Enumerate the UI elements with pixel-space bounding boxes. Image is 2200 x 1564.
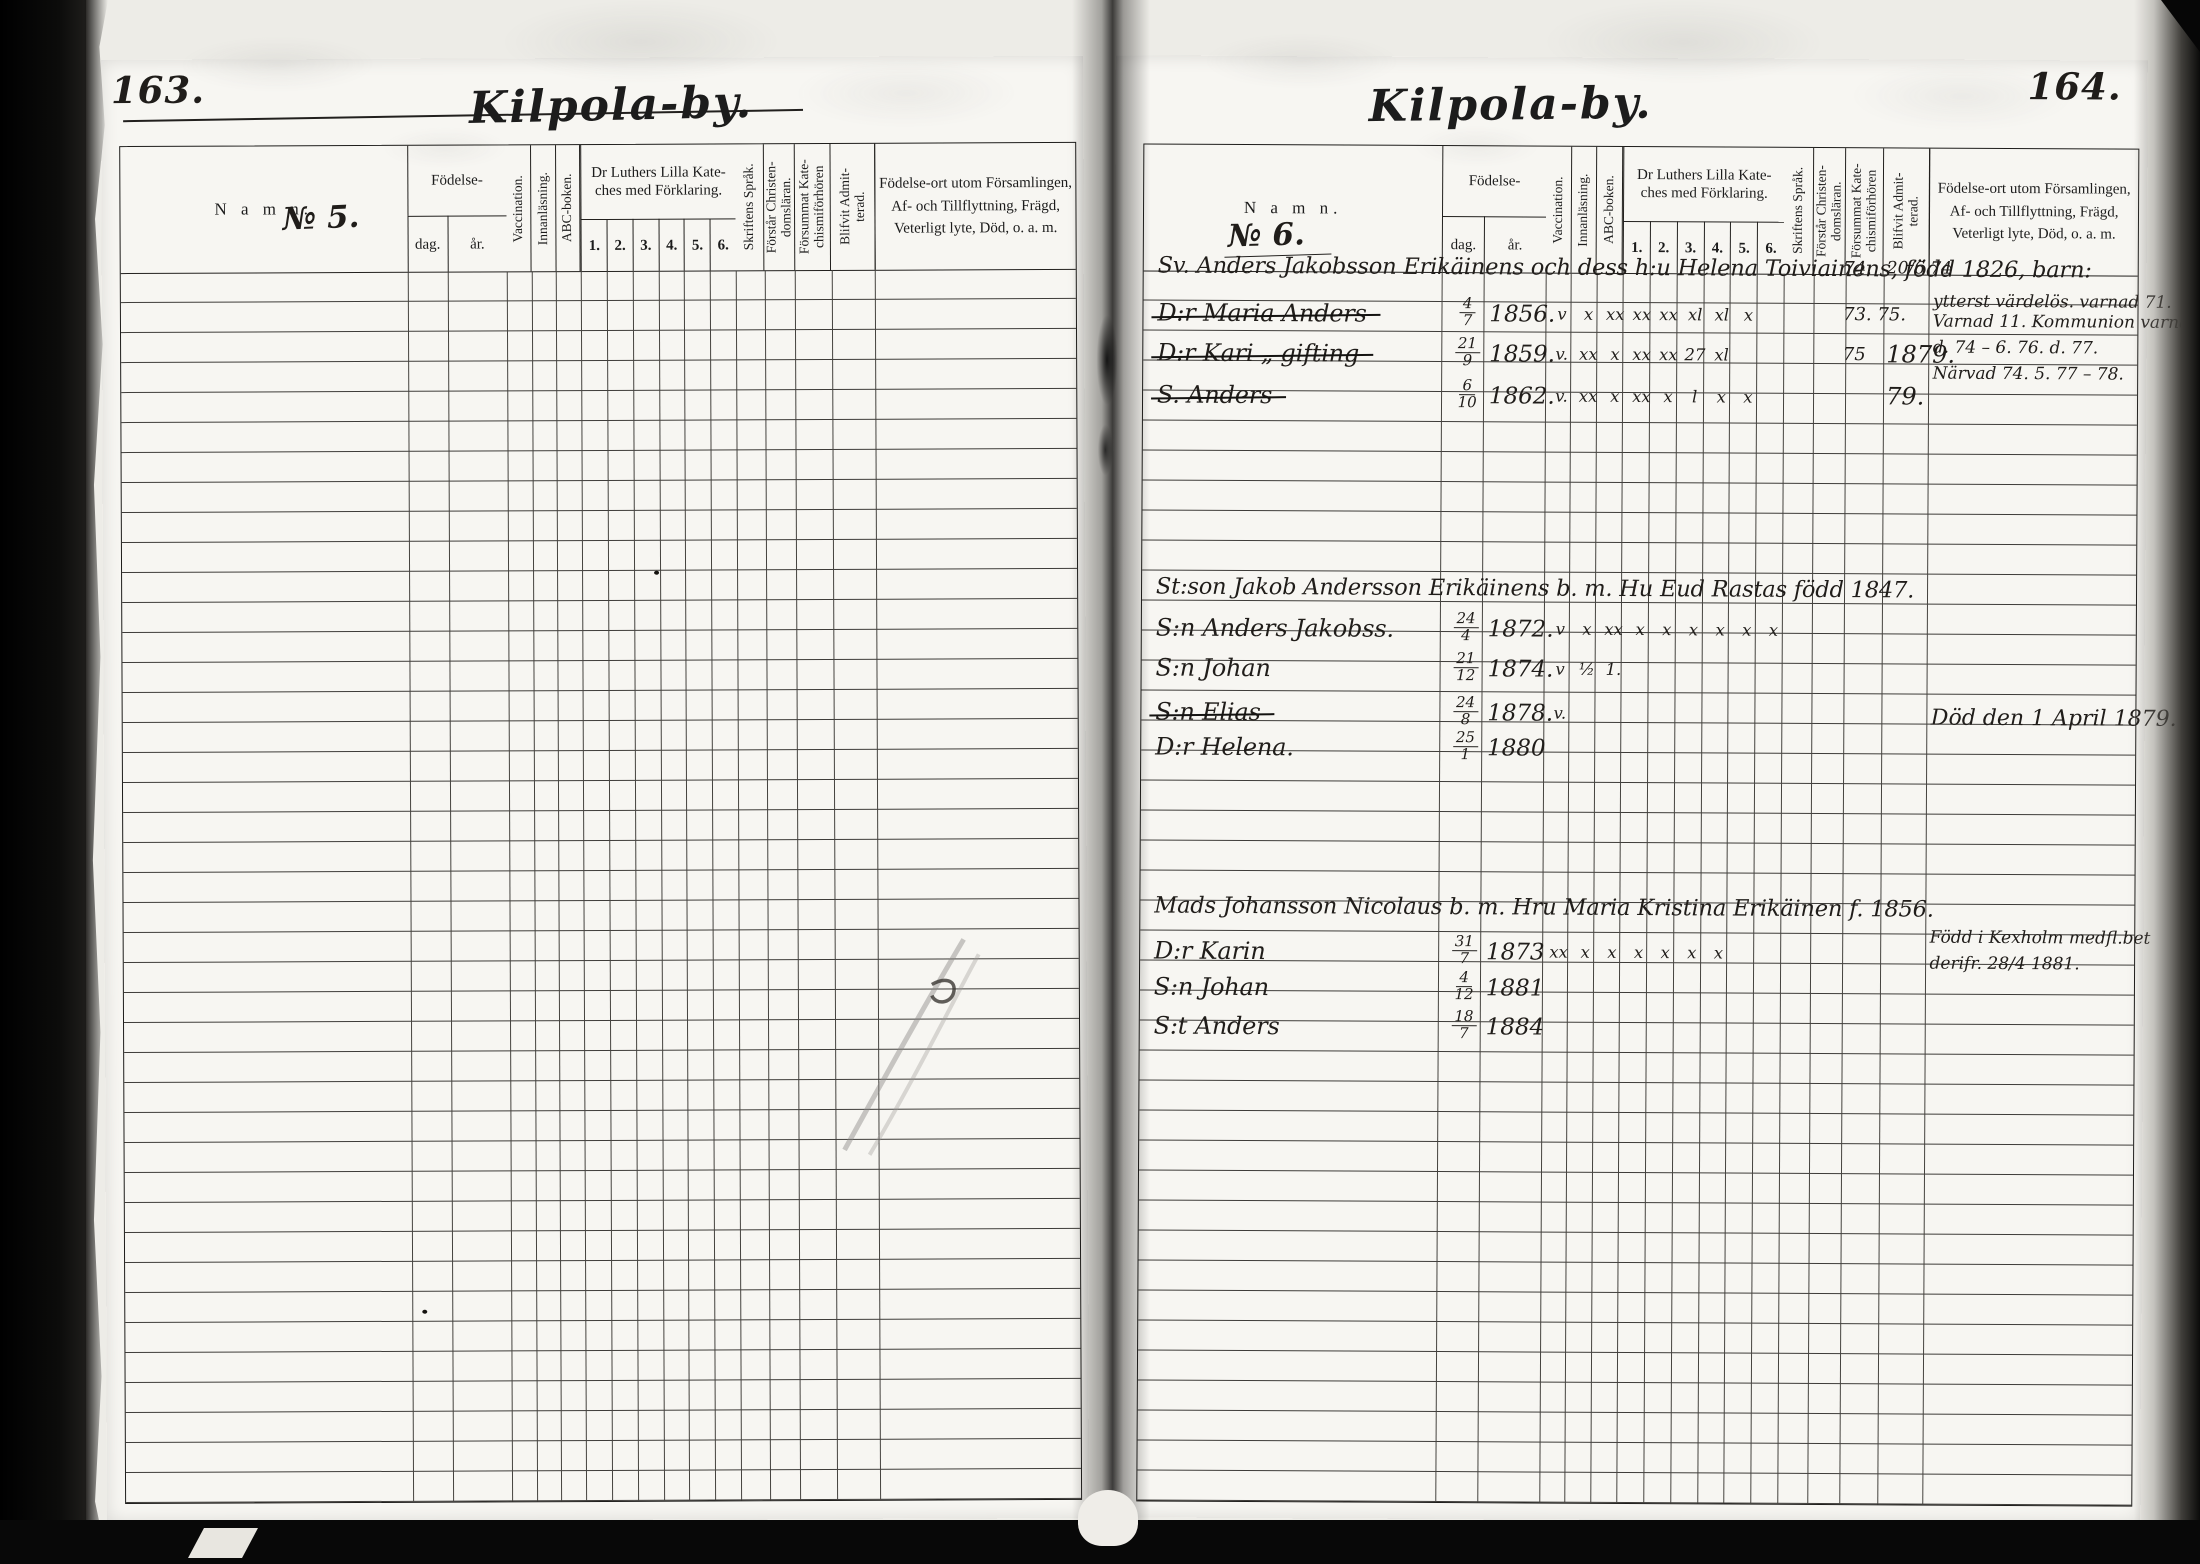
ruled-row — [1137, 1470, 2131, 1505]
column-header-namn: N a m n. — [120, 146, 407, 273]
kateches-num: 2. — [614, 236, 625, 254]
vaccination-label: Vaccination. — [1550, 176, 1565, 243]
ruled-row — [123, 809, 1078, 843]
mark: x — [1707, 620, 1734, 639]
ruled-row — [125, 1229, 1080, 1263]
entry-forsummat-value: 75 — [1843, 344, 1866, 365]
fodelse-label: Födelse- — [431, 171, 483, 189]
ruled-row — [121, 389, 1076, 423]
mark: 1. — [1600, 660, 1627, 679]
entry-name: St:son Jakob Andersson Erikäinens b. m. … — [1156, 574, 1914, 604]
mark: v. — [1548, 387, 1575, 406]
entry-birth-year: 1872. — [1488, 616, 1554, 642]
ink-dot — [422, 1310, 427, 1314]
ruled-row — [123, 899, 1078, 933]
kateches-num: 3. — [640, 236, 651, 254]
ruled-row — [121, 299, 1076, 333]
record-entry: Sv. Anders Jakobsson Erikäinens och dess… — [1150, 252, 2138, 291]
ruled-row — [126, 1409, 1081, 1443]
kateches-subcolumn-6: 6. — [710, 218, 736, 270]
forsummat-label: Försummat Kate- chismiförhören — [1849, 164, 1879, 259]
column-header-ar: år. — [447, 215, 506, 271]
household-number: № 5. — [282, 199, 360, 238]
blifvit-label: Blifvit Admit- terad. — [1891, 173, 1921, 250]
entry-birth-day-fraction: 219 — [1448, 336, 1488, 369]
record-entry: D:r Helena.2511880 — [1147, 732, 2135, 771]
ruled-row — [123, 719, 1078, 753]
record-entry: D:r Kari „ gifting2191859.v.xxxxxxx27xl7… — [1149, 338, 2137, 377]
mark: l — [1681, 387, 1708, 406]
kateches-num: 4. — [666, 236, 677, 254]
innanlasning-label: Innanläsning. — [535, 172, 550, 245]
mark: xl — [1682, 305, 1709, 324]
ruled-row — [122, 599, 1077, 633]
entry-examination-marks: v.xxxxxxx27xl — [1548, 345, 1788, 365]
birth-month: 8 — [1461, 712, 1471, 728]
record-entry: Mads Johansson Nicolaus b. m. Hru Maria … — [1146, 892, 2134, 931]
page-number: 164. — [2027, 64, 2121, 108]
entry-birth-year: 1880 — [1487, 735, 1546, 761]
mark: x — [1678, 943, 1705, 962]
kateches-subcolumn-5: 5. — [684, 218, 710, 270]
birth-month: 7 — [1463, 313, 1473, 329]
page-title-village: Kilpola-by. — [1275, 77, 1746, 134]
birth-month: 12 — [1454, 987, 1473, 1003]
entry-birth-day-fraction: 251 — [1446, 730, 1486, 763]
birth-month: 7 — [1459, 1026, 1469, 1042]
column-header-innanlasning: Innanläsning. — [531, 145, 556, 271]
mark: v — [1547, 660, 1574, 679]
mark: xx — [1575, 345, 1602, 364]
mark: x — [1733, 621, 1760, 640]
kateches-subcolumn-1: 1. — [581, 219, 607, 271]
edge-right — [2134, 0, 2200, 1564]
ruled-row — [125, 1319, 1080, 1353]
ruled-row — [123, 839, 1078, 873]
vaccination-label: Vaccination. — [511, 175, 526, 242]
mark: x — [1735, 306, 1762, 325]
record-entry: D:r Maria Anders471856.vxxxxxxxxlxlx73. … — [1149, 298, 2137, 337]
ruled-row — [122, 479, 1077, 513]
entry-forsummat-value: 74. — [1843, 258, 1872, 279]
entry-birth-year: 1884 — [1486, 1014, 1545, 1040]
ruled-row — [121, 329, 1076, 363]
innanlasning-label: Innanläsning. — [1576, 173, 1591, 246]
kateches-label: Dr Luthers Lilla Kate- ches med Förklari… — [591, 163, 726, 200]
kateches-num: 3. — [1685, 239, 1696, 257]
entry-examination-marks: vxxxxxxxxx — [1547, 620, 1787, 640]
record-entry: S:n Elias2481878.v.Död den 1 April 1879. — [1147, 697, 2135, 736]
forstar-label: Förstår Christen- domsläran. — [1814, 165, 1844, 257]
mark: xx — [1575, 387, 1602, 406]
entry-admitterad-value: 79. — [1886, 382, 1924, 410]
birth-month: 7 — [1459, 951, 1469, 967]
mark: xx — [1602, 305, 1629, 324]
ruled-row — [122, 509, 1077, 543]
mark: x — [1601, 387, 1628, 406]
mark: xx — [1655, 305, 1682, 324]
entry-birth-day-fraction: 412 — [1444, 970, 1484, 1003]
ruled-row — [125, 1169, 1080, 1203]
mark: x — [1572, 943, 1599, 962]
mark: xx — [1655, 345, 1682, 364]
birth-month: 12 — [1456, 668, 1475, 684]
ruled-row — [123, 779, 1078, 813]
mark: v. — [1548, 345, 1575, 364]
mark: xx — [1628, 305, 1655, 324]
mark: xl — [1708, 305, 1735, 324]
record-entry: S. Anders6101862.v.xxxxxxlxx79. — [1149, 380, 2137, 419]
forsummat-label: Försummat Kate- chismiförhören — [797, 160, 827, 255]
birth-month: 1 — [1460, 747, 1470, 763]
entry-examination-marks: v. — [1546, 704, 1786, 724]
pencil-scribble — [814, 929, 995, 1160]
mark: x — [1602, 345, 1629, 364]
table-body: Sv. Anders Jakobsson Erikäinens och dess… — [1137, 270, 2137, 1505]
ledger-table: N a m n. № 6. Födelse- dag. år. Vaccinat… — [1136, 143, 2139, 1506]
ar-label: år. — [470, 235, 485, 253]
entry-name: D:r Maria Anders — [1157, 299, 1366, 328]
ruled-row — [125, 1289, 1080, 1323]
entry-birth-day-fraction: 47 — [1448, 296, 1488, 329]
entry-examination-marks: vxxxxxxxxlxlx — [1549, 305, 1789, 325]
entry-examination-marks: xxxxxxxx — [1545, 943, 1785, 963]
entry-examination-marks: v.xxxxxxlxx — [1548, 387, 1788, 407]
fodelseort-label: Födelse-ort utom Församlingen, Af- och T… — [1938, 178, 2131, 247]
ruled-row — [122, 659, 1077, 693]
birth-month: 10 — [1458, 395, 1477, 411]
church-record-book-scan: 163. Kilpola-by. N a m n. № 5. Födelse- … — [0, 0, 2200, 1564]
entry-birth-day-fraction: 317 — [1444, 934, 1484, 967]
entry-name: D:r Helena. — [1155, 733, 1294, 762]
birth-month: 4 — [1461, 628, 1471, 644]
mark: x — [1575, 305, 1602, 324]
household-number: № 6. — [1223, 216, 1331, 258]
entry-birth-day-fraction: 248 — [1446, 695, 1486, 728]
ink-dot — [654, 571, 659, 575]
ruled-row — [122, 569, 1077, 603]
page-number: 163. — [111, 68, 205, 112]
kateches-num: 1. — [1631, 239, 1642, 257]
entry-birth-year: 1862. — [1489, 383, 1555, 409]
entry-name: S. Anders — [1157, 381, 1272, 410]
gutter-blot — [1090, 300, 1124, 500]
mark: x — [1735, 388, 1762, 407]
kateches-subcolumn-3: 3. — [632, 219, 658, 271]
column-header-forstar-christendomslaran: Förstår Christen- domsläran. — [764, 144, 795, 270]
column-header-dag: dag. — [407, 216, 447, 272]
ruled-row — [125, 1259, 1080, 1293]
kateches-num: 5. — [692, 236, 703, 254]
entry-name: S:n Johan — [1154, 973, 1269, 1002]
mark: x — [1680, 620, 1707, 639]
ruled-row — [125, 1199, 1080, 1233]
entry-birth-year: 1881 — [1486, 975, 1545, 1001]
mark: ½ — [1573, 660, 1600, 679]
ruled-row — [122, 629, 1077, 663]
mark: x — [1599, 943, 1626, 962]
fodelse-label: Födelse- — [1469, 172, 1521, 190]
entry-birth-year: 1856. — [1489, 301, 1555, 327]
mark: xx — [1545, 943, 1572, 962]
edge-left — [0, 0, 108, 1564]
ar-label: år. — [1508, 236, 1523, 254]
entry-name: S:t Anders — [1154, 1012, 1280, 1041]
ledger-page: 163. Kilpola-by. N a m n. № 5. Födelse- … — [101, 56, 1089, 1522]
kateches-num: 2. — [1658, 239, 1669, 257]
mark: x — [1625, 943, 1652, 962]
table-header: N a m n. № 5. Födelse- dag. år. Vaccinat… — [120, 143, 1076, 274]
ruled-row — [126, 1379, 1081, 1413]
skriftens-sprak-label: Skriftens Språk. — [742, 164, 757, 251]
kateches-num: 5. — [1739, 239, 1750, 257]
blifvit-label: Blifvit Admit- terad. — [837, 168, 867, 245]
entry-birth-year: 1878. — [1487, 700, 1553, 726]
entry-name: Mads Johansson Nicolaus b. m. Hru Maria … — [1154, 893, 1934, 923]
record-entry: D:r Karin3171873xxxxxxxx — [1146, 936, 2134, 975]
entry-examination-marks: v½1. — [1547, 660, 1787, 680]
mark: x — [1574, 620, 1601, 639]
dag-label: dag. — [1451, 236, 1477, 254]
entry-birth-day-fraction: 2112 — [1446, 651, 1486, 684]
entry-name: D:r Kari „ gifting — [1157, 339, 1359, 368]
kateches-label: Dr Luthers Lilla Kate- ches med Förklari… — [1637, 166, 1772, 203]
mark: x — [1655, 387, 1682, 406]
record-entry: St:son Jakob Andersson Erikäinens b. m. … — [1148, 573, 2136, 612]
column-header-fodelseort-notes: Födelse-ort utom Församlingen, Af- och T… — [875, 143, 1076, 270]
column-header-abc-boken: ABC-boken. — [556, 145, 581, 271]
mark: x — [1652, 943, 1679, 962]
birth-month: 9 — [1463, 353, 1473, 369]
ruled-row — [125, 1349, 1080, 1383]
column-header-kateches: Dr Luthers Lilla Kate- ches med Förklari… — [1623, 147, 1784, 222]
mark: xl — [1708, 345, 1735, 364]
ruled-row — [122, 539, 1077, 573]
ruled-row — [121, 359, 1076, 393]
ruled-row — [122, 449, 1077, 483]
ruled-row — [121, 269, 1076, 303]
table-body — [121, 269, 1081, 1503]
column-header-fodelse: Födelse- — [407, 145, 507, 215]
mark: xx — [1628, 387, 1655, 406]
column-header-skriftens-sprak: Skriftens Språk. — [735, 144, 764, 270]
entry-birth-year: 1873 — [1486, 939, 1545, 965]
mark: x — [1627, 620, 1654, 639]
skriftens-sprak-label: Skriftens Språk. — [1791, 167, 1806, 254]
forstar-label: Förstår Christen- domsläran. — [764, 161, 794, 253]
column-header-fodelse: Födelse- — [1442, 146, 1546, 217]
mark: xx — [1628, 345, 1655, 364]
mark: v — [1547, 620, 1574, 639]
record-entry: S:n Johan21121874.v½1. — [1148, 653, 2136, 692]
kateches-subcolumn-2: 2. — [607, 219, 633, 271]
entry-birth-day-fraction: 187 — [1444, 1009, 1484, 1042]
mark: x — [1760, 621, 1787, 640]
ledger-page: 164. Kilpola-by. N a m n. № 6. Födelse- … — [1108, 55, 2148, 1522]
ruled-row — [121, 419, 1076, 453]
ruled-row — [126, 1469, 1081, 1503]
entry-birth-year: 1859. — [1489, 341, 1555, 367]
kateches-subcolumn-4: 4. — [658, 219, 684, 271]
abc-boken-label: ABC-boken. — [560, 174, 575, 243]
entry-name: S:n Elias — [1155, 698, 1260, 727]
record-entry: S:n Johan4121881 — [1146, 972, 2134, 1011]
page-title-village: Kilpola-by. — [331, 74, 892, 137]
mark: x — [1708, 387, 1735, 406]
column-header-blifvit-admitterad: Blifvit Admit- terad. — [831, 144, 875, 270]
record-entry: S:t Anders1871884 — [1146, 1011, 2134, 1050]
fodelseort-label: Födelse-ort utom Församlingen, Af- och T… — [879, 172, 1072, 240]
ruled-row — [126, 1439, 1081, 1473]
entry-name: S:n Anders Jakobss. — [1156, 614, 1394, 643]
entry-birth-day-fraction: 244 — [1446, 611, 1486, 644]
mark: v. — [1546, 704, 1573, 723]
entry-forsummat-value: 73. 75. — [1843, 304, 1906, 325]
mark: 27 — [1682, 345, 1709, 364]
dag-label: dag. — [415, 235, 441, 253]
curl-blob — [1078, 1490, 1138, 1546]
mark: v — [1549, 305, 1576, 324]
entry-admitterad-value: 20/6 74 — [1887, 258, 1952, 278]
mark: x — [1653, 620, 1680, 639]
ruled-row — [123, 689, 1078, 723]
column-header-kateches: Dr Luthers Lilla Kate- ches med Förklari… — [580, 144, 735, 219]
entry-birth-day-fraction: 610 — [1447, 378, 1487, 411]
ruled-row — [123, 749, 1078, 783]
entry-name: S:n Johan — [1155, 654, 1270, 683]
entry-name: D:r Karin — [1154, 937, 1266, 966]
column-header-forsummat-katechismiforhoren: Försummat Kate- chismiförhören — [794, 144, 831, 270]
kateches-num: 6. — [718, 236, 729, 254]
kateches-num: 1. — [589, 236, 600, 254]
mark: xx — [1600, 620, 1627, 639]
column-header-vaccination: Vaccination. — [506, 145, 531, 271]
kateches-num: 6. — [1765, 239, 1776, 257]
ruled-row — [123, 869, 1078, 903]
entry-birth-year: 1874. — [1487, 656, 1553, 682]
abc-boken-label: ABC-boken. — [1602, 176, 1617, 245]
ledger-table: N a m n. № 5. Födelse- dag. år. Vaccinat… — [119, 142, 1082, 1504]
kateches-num: 4. — [1712, 239, 1723, 257]
record-entry: S:n Anders Jakobss.2441872.vxxxxxxxxx — [1148, 613, 2136, 652]
mark: x — [1705, 943, 1732, 962]
